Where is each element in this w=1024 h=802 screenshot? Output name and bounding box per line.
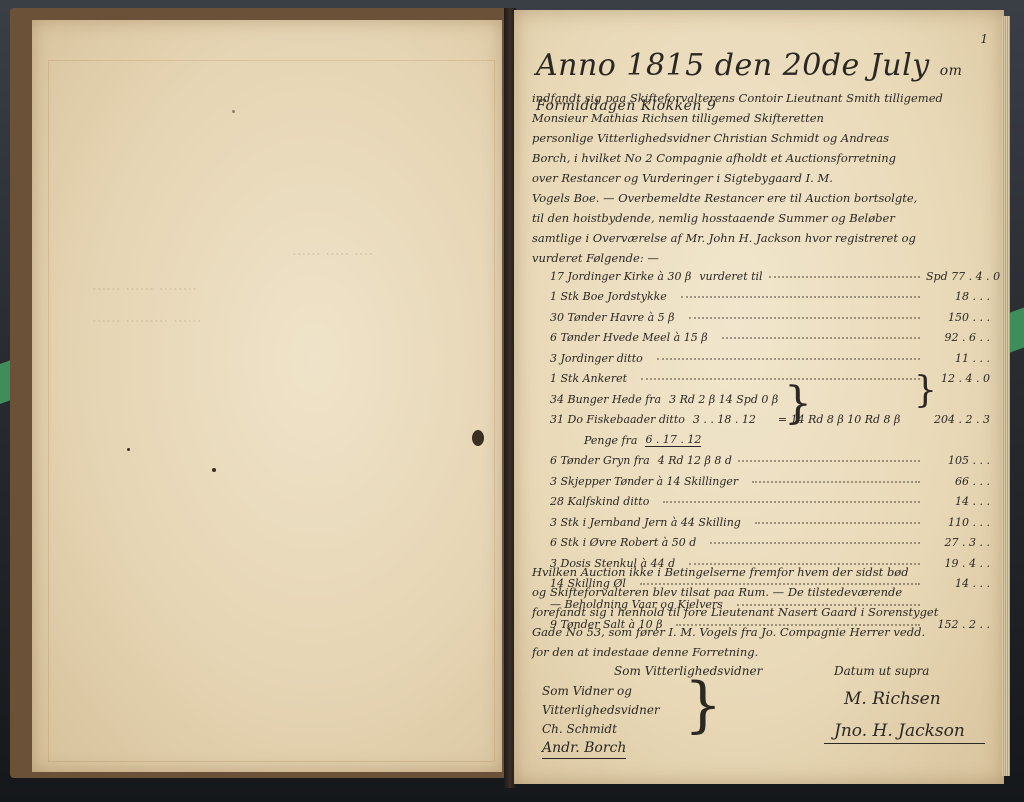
intro-line: samtlige i Overværelse af Mr. John H. Ja…: [532, 228, 992, 248]
closing-line: Hvilken Auction ikke i Betingelserne fre…: [532, 562, 992, 582]
ink-speck: [127, 448, 130, 451]
datum-label: Datum ut supra: [834, 662, 929, 681]
witness-signature: Andr. Borch: [542, 739, 626, 759]
ledger-row: 28 Kalfskind ditto14 . . .: [550, 488, 990, 509]
page-number: 1: [980, 32, 988, 46]
closing-line: forefandt sig i henhold til fore Lieuten…: [532, 602, 992, 622]
ink-speck: [232, 110, 235, 113]
bleed-through-text: ···· ····· ······: [292, 245, 373, 263]
ledger-row: 3 Stk i Jernband Jern à 44 Skilling110 .…: [550, 508, 990, 529]
closing-line: og Skifteforvalteren blev tilsat paa Rum…: [532, 582, 992, 602]
closing-paragraph: Hvilken Auction ikke i Betingelserne fre…: [532, 562, 992, 662]
intro-line: over Restancer og Vurderinger i Sigtebyg…: [532, 168, 992, 188]
ink-speck: [212, 468, 216, 472]
ledger-row: Penge fra6 . 17 . 12: [550, 426, 990, 447]
left-page: ···· ····· ······ ········ ······ ······…: [32, 20, 502, 772]
bleed-through-text: ········ ······ ······: [92, 280, 197, 298]
curly-brace: }: [914, 370, 937, 411]
ledger-row: 6 Tønder Gryn fra4 Rd 12 β 8 d105 . . .: [550, 447, 990, 468]
page-frame: [48, 60, 495, 762]
closing-line: for den at indestaae denne Forretning.: [532, 642, 992, 662]
page-edges: [1002, 16, 1010, 776]
intro-line: Monsieur Mathias Richsen tilligemed Skif…: [532, 108, 992, 128]
ledger-row: 6 Stk i Øvre Robert à 50 d27 . 3 . .: [550, 529, 990, 550]
intro-line: Borch, i hvilket No 2 Compagnie afholdt …: [532, 148, 992, 168]
official-signature: M. Richsen: [844, 690, 941, 709]
curly-brace: }: [684, 670, 722, 740]
ledger-row: 1 Stk Boe Jordstykke18 . . .: [550, 283, 990, 304]
intro-line: til den hoistbydende, nemlig hosstaaende…: [532, 208, 992, 228]
ledger-row: 6 Tønder Hvede Meel à 15 β92 . 6 . .: [550, 324, 990, 345]
curly-brace: }: [784, 378, 812, 429]
official-signature: Jno. H. Jackson: [824, 722, 985, 744]
right-page: 1 Anno 1815 den 20de July om Formiddagen…: [514, 10, 1004, 784]
heading-main: Anno 1815 den 20de July: [536, 48, 930, 83]
witness-signature: Som Vidner og: [542, 682, 660, 701]
closing-line: Gade No 53, som fører I. M. Vogels fra J…: [532, 622, 992, 642]
bleed-through-text: ······ ········· ······: [92, 312, 202, 330]
witness-signature: Ch. Schmidt: [542, 720, 660, 739]
intro-line: indfandt sig paa Skifteforvalterens Cont…: [532, 88, 992, 108]
witness-signatures: Som Vidner og Vitterlighedsvidner Ch. Sc…: [542, 682, 660, 759]
ledger-row: 3 Jordinger ditto11 . . .: [550, 344, 990, 365]
ledger-row: 30 Tønder Havre à 5 β150 . . .: [550, 303, 990, 324]
intro-line: personlige Vitterlighedsvidner Christian…: [532, 128, 992, 148]
intro-line: Vogels Boe. — Overbemeldte Restancer ere…: [532, 188, 992, 208]
ledger-row: 3 Skjepper Tønder à 14 Skillinger66 . . …: [550, 467, 990, 488]
ledger-row: 17 Jordinger Kirke à 30 βvurderet tilSpd…: [550, 262, 990, 283]
intro-paragraph: indfandt sig paa Skifteforvalterens Cont…: [532, 88, 992, 268]
ink-blot: [472, 430, 484, 446]
open-ledger-book: ···· ····· ······ ········ ······ ······…: [10, 8, 1010, 793]
witness-signature: Vitterlighedsvidner: [542, 701, 660, 720]
